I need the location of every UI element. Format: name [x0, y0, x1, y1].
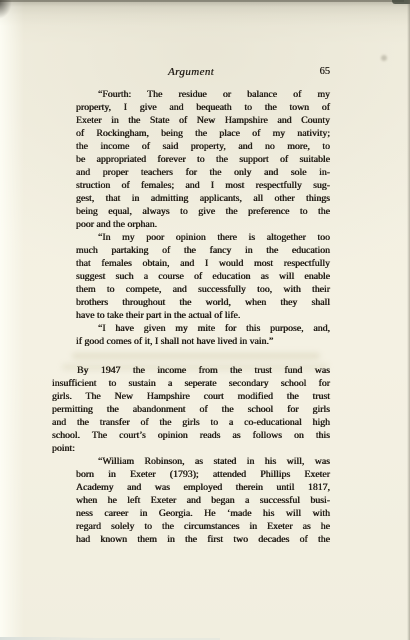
- text-line: ness career in Georgia. He ‘made his wil…: [76, 507, 330, 520]
- text-line: if good comes of it, I shall not have li…: [76, 335, 330, 348]
- text-line: “In my poor opinion there is altogether …: [76, 231, 330, 244]
- text-line: Academy and was employed therein until 1…: [76, 481, 330, 494]
- text-line: that females obtain, and I would most re…: [76, 257, 330, 270]
- text-line: girls. The New Hampshire court modified …: [52, 390, 330, 403]
- text-line: had known them in the first two decades …: [76, 533, 330, 546]
- quote-paragraph-robinson: “William Robinson, as stated in his will…: [76, 455, 330, 546]
- scan-smudge: [381, 55, 387, 61]
- text-line: struction of females; and I most respect…: [76, 179, 330, 192]
- court-opinion-quote: “William Robinson, as stated in his will…: [76, 455, 330, 546]
- text-line: By 1947 the income from the trust fund w…: [52, 364, 330, 377]
- text-line: suggest such a course of education as wi…: [76, 270, 330, 283]
- will-excerpt-quote: “Fourth: The residue or balance of mypro…: [76, 88, 330, 348]
- text-line: Exeter in the State of New Hampshire and…: [76, 114, 330, 127]
- text-line: permitting the abandonment of the school…: [52, 403, 330, 416]
- text-line: of Rockingham, being the place of my nat…: [76, 127, 330, 140]
- text-line: born in Exeter (1793); attended Phillips…: [76, 468, 330, 481]
- narrative-paragraph: By 1947 the income from the trust fund w…: [52, 364, 330, 455]
- text-line: property, I give and bequeath to the tow…: [76, 101, 330, 114]
- quote-paragraph-mite: “I have given my mite for this purpose, …: [76, 322, 330, 348]
- text-block: “Fourth: The residue or balance of mypro…: [52, 88, 330, 546]
- page-number: 65: [320, 66, 331, 77]
- running-title: Argument: [168, 66, 214, 78]
- text-line: “William Robinson, as stated in his will…: [76, 455, 330, 468]
- text-line: them to compete, and successfully too, w…: [76, 283, 330, 296]
- text-line: the income of said property, and no more…: [76, 140, 330, 153]
- text-line: regard solely to the circumstances in Ex…: [76, 520, 330, 533]
- text-line: and the transfer of the girls to a co-ed…: [52, 416, 330, 429]
- scan-left-highlight: [0, 0, 24, 640]
- text-line: “I have given my mite for this purpose, …: [76, 322, 330, 335]
- text-line: poor and the orphan.: [76, 218, 330, 231]
- page-header: Argument 65: [52, 66, 330, 81]
- text-line: when he left Exeter and began a successf…: [76, 494, 330, 507]
- text-line: “Fourth: The residue or balance of my: [76, 88, 330, 101]
- text-line: gest, that in admitting applicants, all …: [76, 192, 330, 205]
- scanned-book-page: Argument 65 “Fourth: The residue or bala…: [0, 0, 410, 640]
- text-line: insufficient to sustain a seperate secon…: [52, 377, 330, 390]
- scan-corner-mark-top-left: [0, 0, 12, 19]
- text-line: point:: [52, 442, 330, 455]
- text-line: school. The court’s opinion reads as fol…: [52, 429, 330, 442]
- text-line: and proper teachers for the only and sol…: [76, 166, 330, 179]
- quote-paragraph-opinion: “In my poor opinion there is altogether …: [76, 231, 330, 322]
- text-line: be appropriated forever to the support o…: [76, 153, 330, 166]
- text-line: being equal, always to give the preferen…: [76, 205, 330, 218]
- text-line: brothers throughout the world, when they…: [76, 296, 330, 309]
- text-line: have to take their part in the actual of…: [76, 309, 330, 322]
- text-line: much partaking of the fancy in the educa…: [76, 244, 330, 257]
- scan-top-shadow: [0, 0, 410, 26]
- quote-paragraph-fourth-clause: “Fourth: The residue or balance of mypro…: [76, 88, 330, 231]
- scan-top-edge-line: [0, 0, 404, 2]
